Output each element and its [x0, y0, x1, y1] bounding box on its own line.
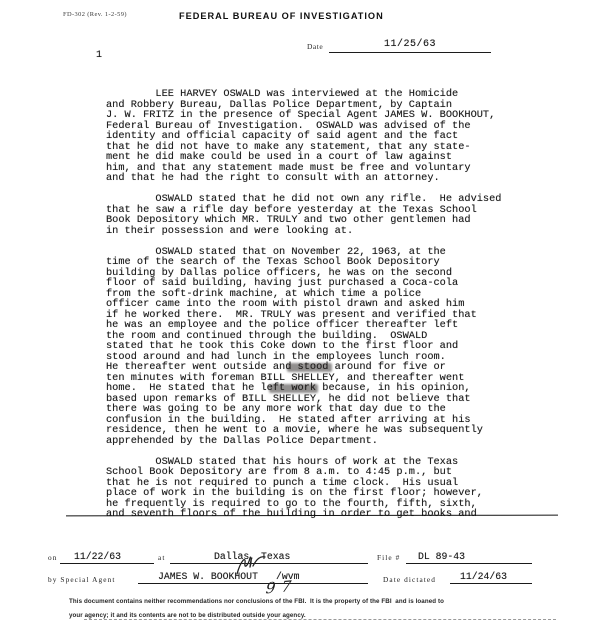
at-label: at	[158, 553, 165, 562]
bottom-dashed-line	[84, 619, 556, 620]
disclaimer-text: This document contains neither recommend…	[69, 598, 537, 619]
handwritten-initials	[234, 554, 268, 578]
overtyped-smudge	[269, 384, 318, 393]
date-dictated-field: 11/24/63	[450, 569, 532, 584]
on-field: 11/22/63	[60, 549, 154, 564]
date-dictated-label: Date dictated	[383, 575, 436, 584]
agency-title: FEDERAL BUREAU OF INVESTIGATION	[179, 11, 384, 21]
date-label: Date	[307, 42, 323, 51]
at-field: Dallas, Texas	[170, 549, 368, 564]
date-field: 11/25/63	[329, 33, 491, 53]
on-value: 11/22/63	[74, 551, 121, 562]
file-label: File #	[377, 553, 400, 562]
date-dictated-value: 11/24/63	[460, 571, 507, 582]
body-text: LEE HARVEY OSWALD was interviewed at the…	[106, 89, 501, 520]
form-number: FD-302 (Rev. 1-2-59)	[63, 11, 127, 18]
agent-label: by Special Agent	[48, 575, 115, 584]
on-label: on	[48, 553, 58, 562]
file-value: DL 89-43	[418, 551, 465, 562]
page-number: 1	[96, 50, 102, 61]
handwritten-number: 97	[265, 577, 298, 598]
date-value: 11/25/63	[384, 39, 436, 50]
document-page: FD-302 (Rev. 1-2-59) FEDERAL BUREAU OF I…	[0, 0, 591, 640]
file-field: DL 89-43	[406, 549, 532, 564]
overtyped-smudge	[287, 363, 332, 372]
